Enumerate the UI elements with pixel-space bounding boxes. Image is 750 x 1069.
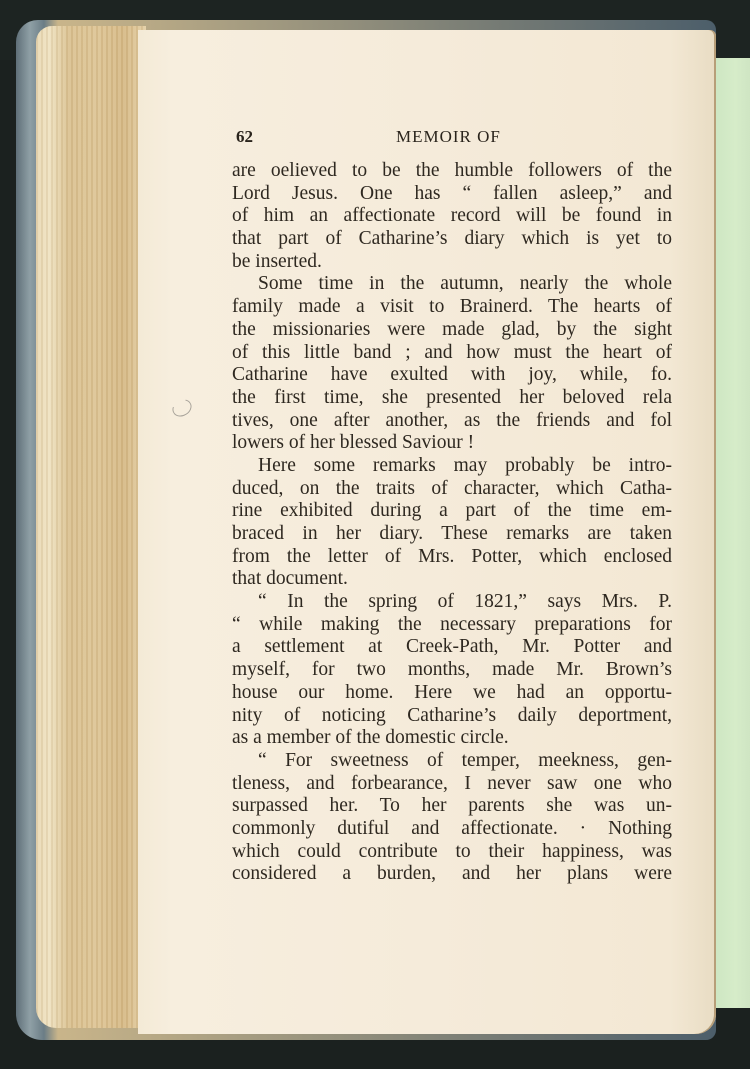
text-line: Catharine have exulted with joy, while, … [232,364,672,387]
text-line: lowers of her blessed Saviour ! [232,432,672,455]
next-page-edge [714,58,750,1008]
page-number: 62 [236,127,253,147]
text-line: Lord Jesus. One has “ fallen asleep,” an… [232,183,672,206]
text-line: of him an affectionate record will be fo… [232,205,672,228]
running-head: 62 MEMOIR OF [236,127,670,149]
text-line: considered a burden, and her plans were [232,863,672,886]
text-line: “ In the spring of 1821,” says Mrs. P. [232,591,672,614]
text-line: of this little band ; and how must the h… [232,342,672,365]
running-title: MEMOIR OF [396,127,501,147]
text-line: Some time in the autumn, nearly the whol… [232,273,672,296]
text-line: rine exhibited during a part of the time… [232,500,672,523]
text-line: braced in her diary. These remarks are t… [232,523,672,546]
text-line: Here some remarks may probably be intro- [232,455,672,478]
body-text: are oelieved to be the humble followers … [232,160,672,886]
text-line: tives, one after another, as the friends… [232,410,672,433]
text-line: that document. [232,568,672,591]
text-line: which could contribute to their happines… [232,841,672,864]
text-line: nity of noticing Catharine’s daily depor… [232,705,672,728]
text-line: that part of Catharine’s diary which is … [232,228,672,251]
text-line: tleness, and forbearance, I never saw on… [232,773,672,796]
text-line: from the letter of Mrs. Potter, which en… [232,546,672,569]
page-block-edges [36,26,146,1028]
text-line: “ For sweetness of temper, meekness, gen… [232,750,672,773]
text-line: myself, for two months, made Mr. Brown’s [232,659,672,682]
text-line: a settlement at Creek-Path, Mr. Potter a… [232,636,672,659]
text-line: commonly dutiful and affectionate. · Not… [232,818,672,841]
text-line: as a member of the domestic circle. [232,727,672,750]
text-line: the first time, she presented her belove… [232,387,672,410]
text-line: are oelieved to be the humble followers … [232,160,672,183]
text-line: house our home. Here we had an opportu- [232,682,672,705]
text-line: family made a visit to Brainerd. The hea… [232,296,672,319]
text-line: be inserted. [232,251,672,274]
text-line: the missionaries were made glad, by the … [232,319,672,342]
text-line: duced, on the traits of character, which… [232,478,672,501]
text-line: “ while making the necessary preparation… [232,614,672,637]
text-line: surpassed her. To her parents she was un… [232,795,672,818]
